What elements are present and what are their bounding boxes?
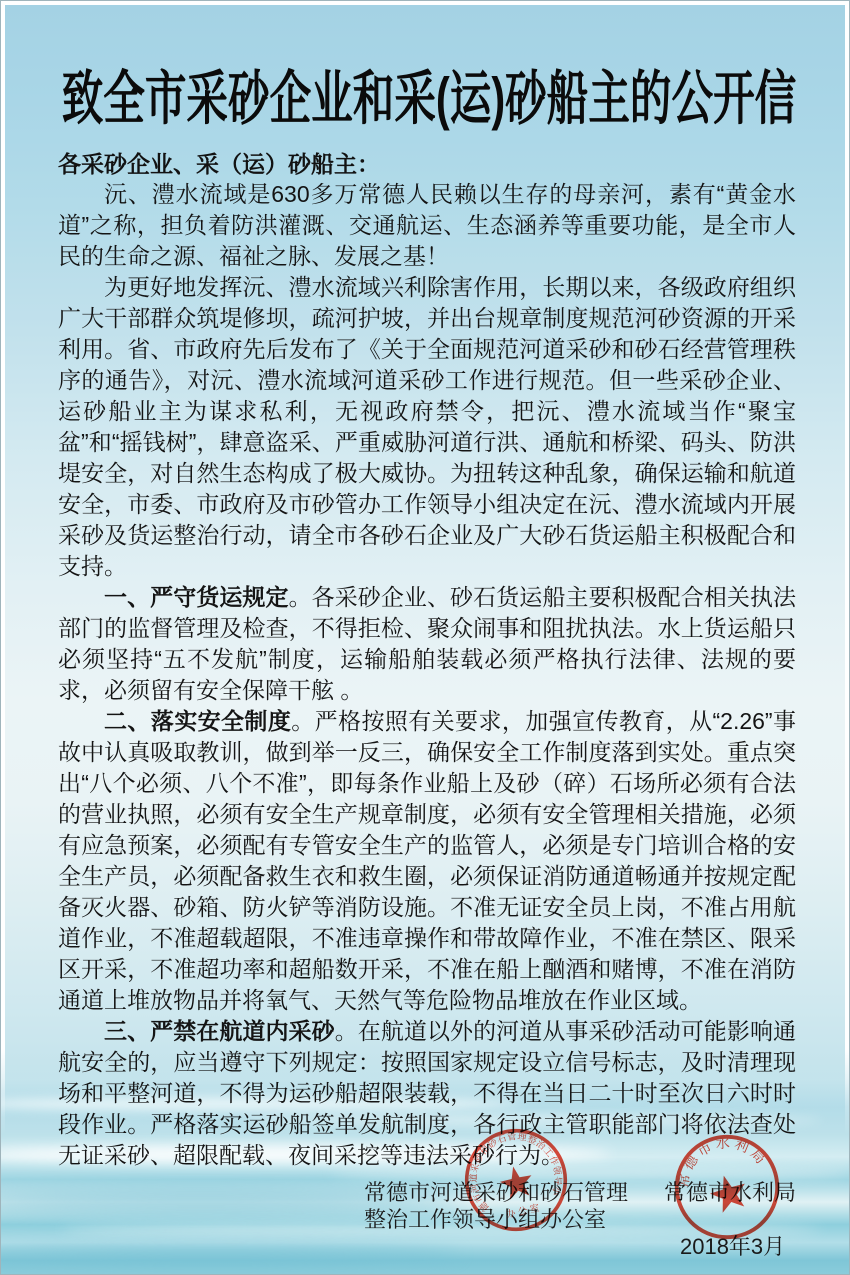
office-seal-stamp: 常德市河道采砂和砂石管理整治工作领导小组 办 公 室 <box>453 1117 579 1243</box>
paragraph-rule-2: 二、落实安全制度。严格按照有关要求，加强宣传教育，从“2.26”事故中认真吸取教… <box>58 706 796 1016</box>
paragraph-lead: 二、落实安全制度 <box>104 708 291 734</box>
salutation: 各采砂企业、采（运）砂船主： <box>58 149 796 179</box>
seal-star-icon <box>497 1163 535 1201</box>
paragraph-text: 为更好地发挥沅、澧水流域兴利除害作用，长期以来，各级政府组织广大干部群众筑堤修坝… <box>58 274 796 579</box>
paragraph-lead: 三、严禁在航道内采砂 <box>104 1018 335 1044</box>
seal-graphic: 常德市河道采砂和砂石管理整治工作领导小组 办 公 室 <box>453 1117 579 1243</box>
paragraph-rule-1: 一、严守货运规定。各采砂企业、砂石货运船主要积极配合相关执法部门的监督管理及检查… <box>58 582 796 706</box>
open-letter-poster: 致全市采砂企业和采(运)砂船主的公开信 各采砂企业、采（运）砂船主： 沅、澧水流… <box>0 0 850 1275</box>
seal-star-icon <box>706 1171 751 1215</box>
seal-center-text: 办 公 室 <box>505 1202 541 1221</box>
letter-content: 致全市采砂企业和采(运)砂船主的公开信 各采砂企业、采（运）砂船主： 沅、澧水流… <box>58 1 796 1260</box>
paragraph-background: 为更好地发挥沅、澧水流域兴利除害作用，长期以来，各级政府组织广大干部群众筑堤修坝… <box>58 272 796 582</box>
letter-title: 致全市采砂企业和采(运)砂船主的公开信 <box>62 54 793 144</box>
paragraph-text: 沅、澧水流域是630多万常德人民赖以生存的母亲河，素有“黄金水道”之称，担负着防… <box>58 181 796 269</box>
paragraph-text: 。严格按照有关要求，加强宣传教育，从“2.26”事故中认真吸取教训，做到举一反三… <box>58 708 796 1013</box>
paragraph-lead: 一、严守货运规定 <box>104 584 289 610</box>
letter-body: 沅、澧水流域是630多万常德人民赖以生存的母亲河，素有“黄金水道”之称，担负着防… <box>58 179 796 1171</box>
paragraph-intro: 沅、澧水流域是630多万常德人民赖以生存的母亲河，素有“黄金水道”之称，担负着防… <box>58 179 796 272</box>
